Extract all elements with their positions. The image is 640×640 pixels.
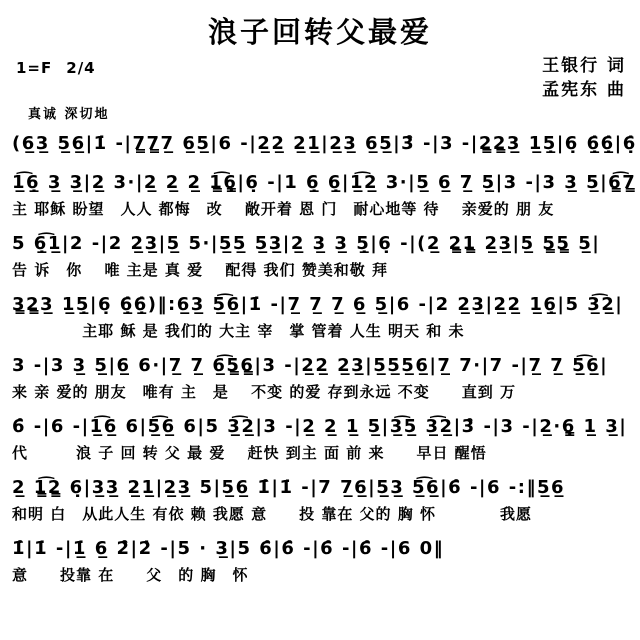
score-system-8: 1̇̑|1̇ -|1̲̇ 6̲ 2̇̑|2̇ -|5 · 3̲|5 6̑|6̑ … xyxy=(12,533,634,586)
score-system-4: 3̳2̳3̲ 1̲5̲̣|6̣ 6̲̣̇6̲̣̇)‖:6̲3̲ 5̲͡6̲|1̇… xyxy=(12,289,634,342)
lyrics-line: 意 投靠 在 父 的 胸 怀 xyxy=(12,564,634,586)
notation-line: 2̲ 1̳͡2̳ 6̣|3̲3̲ 2̲1̲|2̲3̲ 5|5̲6̲ 1̇̑|1̇… xyxy=(12,472,634,503)
time-signature: 2/4 xyxy=(66,59,95,77)
lyrics-line: 来 亲 爱的 朋友 唯有 主 是 不变 的爱 存到永远 不变 直到 万 xyxy=(12,381,634,403)
score-system-7: 2̲ 1̳͡2̳ 6̣|3̲3̲ 2̲1̲|2̲3̲ 5|5̲6̲ 1̇̑|1̇… xyxy=(12,472,634,525)
meta-row: 1=F2/4 王银行 词 孟宪东 曲 xyxy=(0,55,640,103)
score-system-5: 3 -|3 3̲ 5̲|6̲ 6·|7̲ 7̲ 6̲͡5̳6̳|3 -|2̲2̲… xyxy=(12,350,634,403)
notation-line: 1̲͡6̲̣ 3̲ 3̲|2̲ 3·|2̲ 2̲ 2̲ 1̳͡6̳̣|6̣ -|… xyxy=(12,167,634,198)
lyricist-credit: 王银行 词 xyxy=(542,55,626,79)
notation-line: 1̇̑|1̇ -|1̲̇ 6̲ 2̇̑|2̇ -|5 · 3̲|5 6̑|6̑ … xyxy=(12,533,634,564)
composer-credit: 孟宪东 曲 xyxy=(542,79,626,103)
lyrics-line: 主 耶稣 盼望 人人 都悔 改 敞开着 恩 门 耐心地等 待 亲爱的 朋 友 xyxy=(12,198,634,220)
song-title: 浪子回转父最爱 xyxy=(0,10,640,51)
lyrics-line: 主耶 稣 是 我们的 大主 宰 掌 管着 人生 明天 和 未 xyxy=(12,320,634,342)
notation-line: 3 -|3 3̲ 5̲|6̲ 6·|7̲ 7̲ 6̲͡5̳6̳|3 -|2̲2̲… xyxy=(12,350,634,381)
notation-line: (6̲3̲ 5̲6̲|1̇ -|7̳7̳7̲ 6̲5̲|6 -|2̲2̲ 2̲1… xyxy=(12,128,634,159)
score-system-3: 5 6̲̣͡1̲|2 -|2 2̲3̲|5̲ 5·|5̲5̲ 5̲3̲|2̲ 3… xyxy=(12,228,634,281)
credits: 王银行 词 孟宪东 曲 xyxy=(542,55,626,103)
key-time-signature: 1=F2/4 xyxy=(16,55,96,77)
key-signature: 1=F xyxy=(16,59,52,77)
notation-line: 3̳2̳3̲ 1̲5̲̣|6̣ 6̲̣̇6̲̣̇)‖:6̲3̲ 5̲͡6̲|1̇… xyxy=(12,289,634,320)
notation-line: 5 6̲̣͡1̲|2 -|2 2̲3̲|5̲ 5·|5̲5̲ 5̲3̲|2̲ 3… xyxy=(12,228,634,259)
lyrics-line: 告 诉 你 唯 主是 真 爱 配得 我们 赞美和敬 拜 xyxy=(12,259,634,281)
sheet-music-page: 浪子回转父最爱 1=F2/4 王银行 词 孟宪东 曲 真诚 深切地 (6̲3̲ … xyxy=(0,0,640,640)
score-system-2: 1̲͡6̲̣ 3̲ 3̲|2̲ 3·|2̲ 2̲ 2̲ 1̳͡6̳̣|6̣ -|… xyxy=(12,167,634,220)
expression-marking: 真诚 深切地 xyxy=(28,103,640,122)
lyrics-line: 和明 白 从此人生 有依 赖 我愿 意 投 靠在 父的 胸 怀 我愿 xyxy=(12,503,634,525)
score-system-intro: (6̲3̲ 5̲6̲|1̇ -|7̳7̳7̲ 6̲5̲|6 -|2̲2̲ 2̲1… xyxy=(12,128,634,159)
lyrics-line: 代 浪 子 回 转 父 最 爱 赶快 到主 面 前 来 早日 醒悟 xyxy=(12,442,634,464)
notation-line: 6̑ -|6 -|1̲͡6̲ 6|5̲͡6̲ 6|5 3̲͡2̲|3 -|2̲ … xyxy=(12,411,634,442)
score-body: (6̲3̲ 5̲6̲|1̇ -|7̳7̳7̲ 6̲5̲|6 -|2̲2̲ 2̲1… xyxy=(0,124,640,586)
score-system-6: 6̑ -|6 -|1̲͡6̲ 6|5̲͡6̲ 6|5 3̲͡2̲|3 -|2̲ … xyxy=(12,411,634,464)
